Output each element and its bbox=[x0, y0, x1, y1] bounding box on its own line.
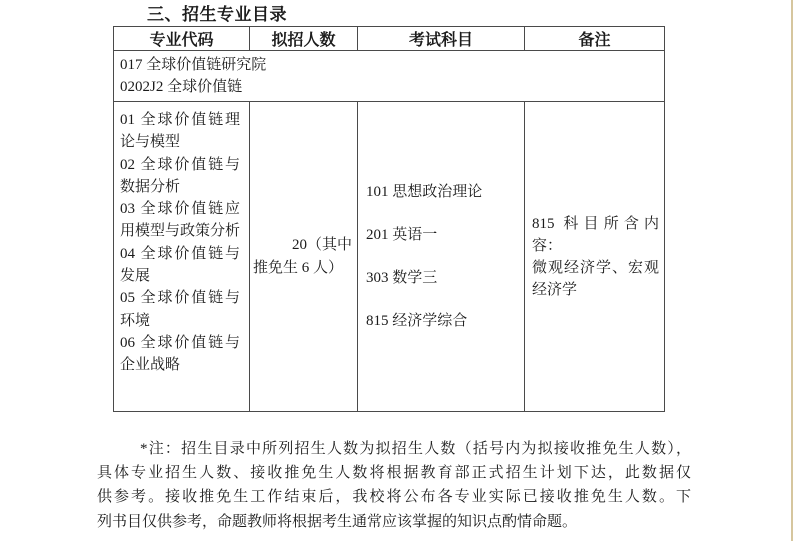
footnote-line: 具体专业招生人数、接收推免生人数将根据教育部正式招生计划下达，此数据仅 bbox=[97, 461, 691, 485]
enrollment-count-cell: 20（其中 推免生 6 人） bbox=[250, 102, 358, 412]
research-direction-item: 04 全球价值链与发展 bbox=[120, 243, 240, 288]
department-name-line: 017 全球价值链研究院 bbox=[120, 54, 656, 77]
footnote-line: *注：招生目录中所列招生人数为拟招生人数（括号内为拟接收推免生人数）， bbox=[97, 437, 691, 461]
exam-subjects-cell: 101 思想政治理论 201 英语一 303 数学三 815 经济学综合 bbox=[358, 102, 525, 412]
research-directions-cell: 01 全球价值链理论与模型 02 全球价值链与数据分析 03 全球价值链应用模型… bbox=[114, 102, 250, 412]
footnote-line: 列书目仅供参考，命题教师将根据考生通常应该掌握的知识点酌情命题。 bbox=[97, 510, 691, 534]
col-header-exam-subjects: 考试科目 bbox=[358, 27, 525, 51]
footnote-line: 供参考。接收推免生工作结束后，我校将公布各专业实际已接收推免生人数。下 bbox=[97, 485, 691, 509]
section-title: 三、招生专业目录 bbox=[147, 4, 287, 25]
remarks-line: 微观经济学、宏观经济学 bbox=[532, 257, 659, 301]
document-page: 三、招生专业目录 专业代码 拟招人数 考试科目 备注 017 全球价值链研究院 … bbox=[0, 0, 793, 541]
exam-subject-item: 201 英语一 bbox=[366, 225, 524, 246]
remarks-cell: 815 科目所含内容： 微观经济学、宏观经济学 bbox=[525, 102, 665, 412]
col-header-remarks: 备注 bbox=[525, 27, 665, 51]
research-direction-item: 03 全球价值链应用模型与政策分析 bbox=[120, 198, 240, 243]
exam-subject-item: 101 思想政治理论 bbox=[366, 182, 524, 203]
major-code-line: 0202J2 全球价值链 bbox=[120, 76, 656, 99]
enrollment-catalog-table: 专业代码 拟招人数 考试科目 备注 017 全球价值链研究院 0202J2 全球… bbox=[113, 26, 665, 412]
footnote: *注：招生目录中所列招生人数为拟招生人数（括号内为拟接收推免生人数）， 具体专业… bbox=[97, 437, 691, 534]
remarks-line: 815 科目所含内容： bbox=[532, 213, 659, 257]
research-direction-item: 05 全球价值链与环境 bbox=[120, 287, 240, 332]
research-direction-item: 01 全球价值链理论与模型 bbox=[120, 109, 240, 154]
col-header-planned-count: 拟招人数 bbox=[250, 27, 358, 51]
exam-subject-item: 303 数学三 bbox=[366, 268, 524, 289]
table-header-row: 专业代码 拟招人数 考试科目 备注 bbox=[114, 27, 665, 51]
exam-subject-item: 815 经济学综合 bbox=[366, 311, 524, 332]
research-direction-item: 02 全球价值链与数据分析 bbox=[120, 154, 240, 199]
enrollment-count-line: 推免生 6 人） bbox=[250, 257, 357, 280]
department-row: 017 全球价值链研究院 0202J2 全球价值链 bbox=[114, 51, 665, 102]
major-detail-row: 01 全球价值链理论与模型 02 全球价值链与数据分析 03 全球价值链应用模型… bbox=[114, 102, 665, 412]
enrollment-count-line: 20（其中 bbox=[250, 234, 357, 257]
col-header-major-code: 专业代码 bbox=[114, 27, 250, 51]
department-cell: 017 全球价值链研究院 0202J2 全球价值链 bbox=[114, 51, 665, 102]
research-direction-item: 06 全球价值链与企业战略 bbox=[120, 332, 240, 377]
